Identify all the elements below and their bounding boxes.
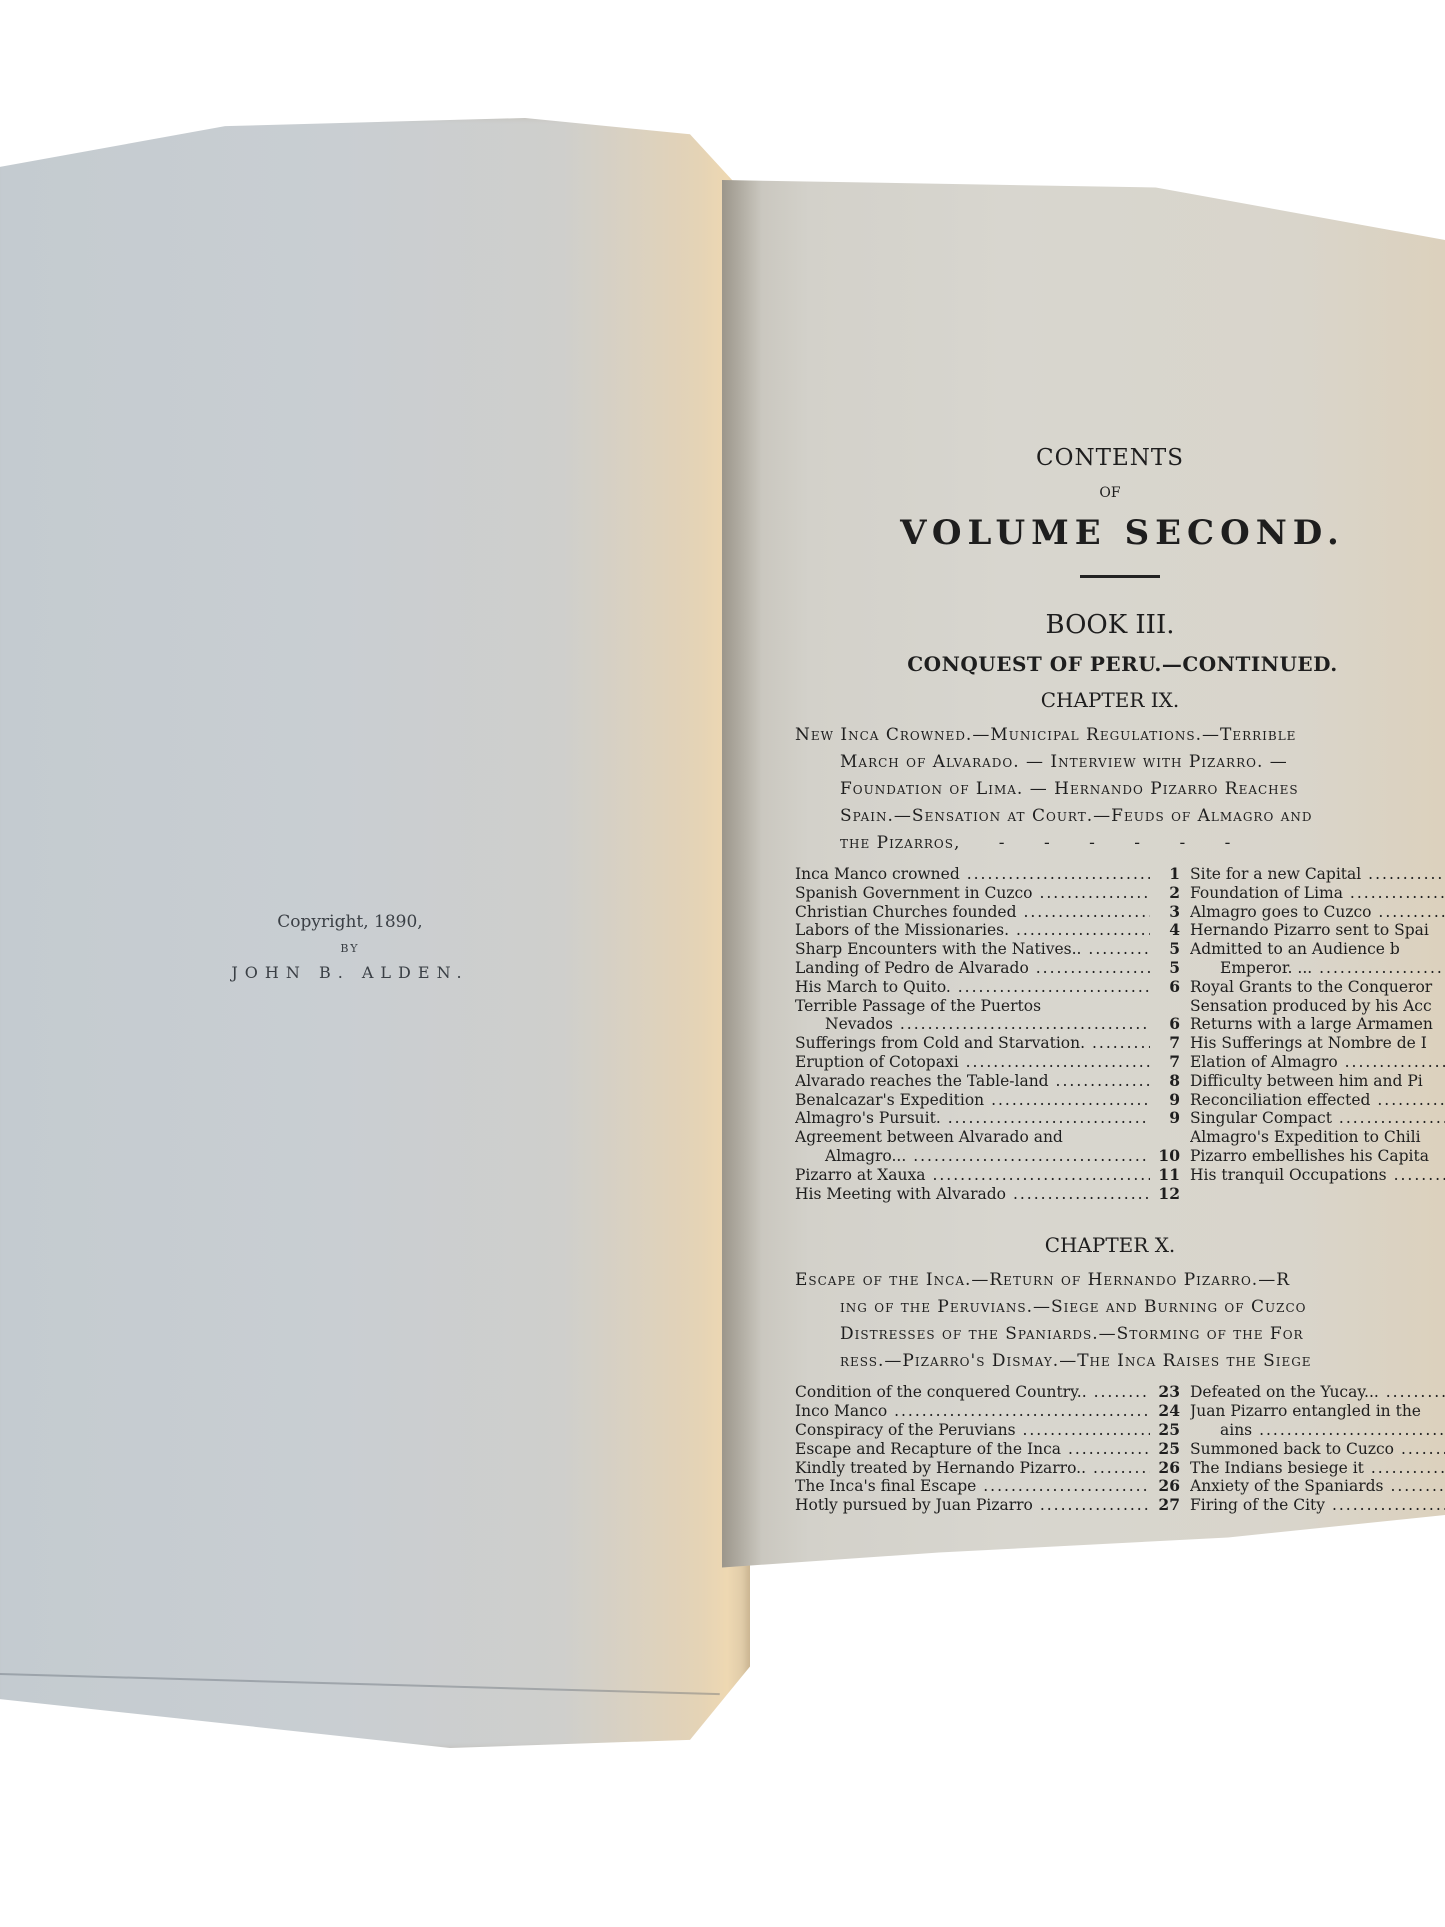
chapter-summary: Escape of the Inca.—Return of Hernando P…: [795, 1267, 1445, 1375]
toc-entry: Pizarro at Xauxa11: [795, 1166, 1180, 1185]
toc-entry: Juan Pizarro entangled in the: [1190, 1402, 1445, 1421]
title-rule-divider: [1080, 575, 1160, 578]
toc-entry: Sufferings from Cold and Starvation.7: [795, 1034, 1180, 1053]
toc-entry: Kindly treated by Hernando Pizarro..26: [795, 1459, 1180, 1478]
toc-entry: Foundation of Lima: [1190, 884, 1445, 903]
toc-entry: Spanish Government in Cuzco2: [795, 884, 1180, 903]
toc-entry: Inco Manco24: [795, 1402, 1180, 1421]
toc-entry: Summoned back to Cuzco: [1190, 1440, 1445, 1459]
summary-line: New Inca Crowned.—Municipal Regulations.…: [795, 722, 1445, 749]
chapter-summary: New Inca Crowned.—Municipal Regulations.…: [795, 722, 1445, 857]
summary-line: the Pizarros, - - - - - -: [795, 830, 1445, 857]
toc-entry: The Indians besiege it: [1190, 1459, 1445, 1478]
toc-entry: Landing of Pedro de Alvarado5: [795, 959, 1180, 978]
toc-entry: Condition of the conquered Country..23: [795, 1383, 1180, 1402]
summary-line: March of Alvarado. — Interview with Piza…: [795, 749, 1445, 776]
toc-header: CONTENTS OF VOLUME SECOND. BOOK III. CON…: [795, 445, 1385, 676]
toc-entry: ains: [1190, 1421, 1445, 1440]
toc-entry: Sensation produced by his Acc: [1190, 997, 1445, 1016]
toc-entry: Emperor. ...: [1190, 959, 1445, 978]
chapter-title: CHAPTER X.: [835, 1233, 1385, 1257]
table-of-contents: CONTENTS OF VOLUME SECOND. BOOK III. CON…: [795, 445, 1445, 1515]
toc-entry: Alvarado reaches the Table-land8: [795, 1072, 1180, 1091]
toc-entry: Hernando Pizarro sent to Spai: [1190, 921, 1445, 940]
summary-line: ing of the Peruvians.—Siege and Burning …: [795, 1294, 1445, 1321]
toc-entry: Site for a new Capital: [1190, 865, 1445, 884]
toc-entry: Defeated on the Yucay...: [1190, 1383, 1445, 1402]
page-edge-line: [0, 1673, 720, 1695]
publisher-name: JOHN B. ALDEN.: [205, 963, 495, 982]
toc-entry: Conspiracy of the Peruvians25: [795, 1421, 1180, 1440]
chapter-entries: Condition of the conquered Country..23 I…: [795, 1383, 1445, 1515]
copyright-line: Copyright, 1890,: [205, 912, 495, 932]
toc-entry: The Inca's final Escape26: [795, 1477, 1180, 1496]
summary-line: Spain.—Sensation at Court.—Feuds of Alma…: [795, 803, 1445, 830]
toc-entry: Escape and Recapture of the Inca25: [795, 1440, 1180, 1459]
toc-entry: Pizarro embellishes his Capita: [1190, 1147, 1445, 1166]
entries-right-column: Defeated on the Yucay... Juan Pizarro en…: [1180, 1383, 1445, 1515]
toc-entry: Royal Grants to the Conqueror: [1190, 978, 1445, 997]
summary-line: Foundation of Lima. — Hernando Pizarro R…: [795, 776, 1445, 803]
toc-entry: Sharp Encounters with the Natives..5: [795, 940, 1180, 959]
book-title: BOOK III.: [835, 610, 1385, 640]
entries-left-column: Condition of the conquered Country..23 I…: [795, 1383, 1180, 1515]
summary-line: ress.—Pizarro's Dismay.—The Inca Raises …: [795, 1348, 1445, 1375]
toc-entry: Benalcazar's Expedition9: [795, 1091, 1180, 1110]
summary-line: Escape of the Inca.—Return of Hernando P…: [795, 1267, 1445, 1294]
toc-entry: Almagro's Pursuit.9: [795, 1109, 1180, 1128]
toc-entry: Christian Churches founded3: [795, 903, 1180, 922]
toc-entry: Almagro goes to Cuzco: [1190, 903, 1445, 922]
toc-entry: Eruption of Cotopaxi7: [795, 1053, 1180, 1072]
toc-entry: His March to Quito.6: [795, 978, 1180, 997]
book-subtitle: CONQUEST OF PERU.—CONTINUED.: [860, 652, 1385, 676]
toc-entry: Elation of Almagro: [1190, 1053, 1445, 1072]
toc-entry: His Meeting with Alvarado12: [795, 1185, 1180, 1204]
toc-entry: Anxiety of the Spaniards: [1190, 1477, 1445, 1496]
toc-entry: Hotly pursued by Juan Pizarro27: [795, 1496, 1180, 1515]
chapter-title: CHAPTER IX.: [835, 688, 1385, 712]
toc-entry: Inca Manco crowned1: [795, 865, 1180, 884]
entries-left-column: Inca Manco crowned1 Spanish Government i…: [795, 865, 1180, 1203]
toc-entry: Almagro...10: [795, 1147, 1180, 1166]
gutter-shadow: [722, 180, 762, 1680]
toc-entry: Agreement between Alvarado and: [795, 1128, 1180, 1147]
toc-entry: Reconciliation effected: [1190, 1091, 1445, 1110]
toc-entry: Admitted to an Audience b: [1190, 940, 1445, 959]
toc-entry: Nevados6: [795, 1015, 1180, 1034]
summary-line: Distresses of the Spaniards.—Storming of…: [795, 1321, 1445, 1348]
chapter-ix: CHAPTER IX. New Inca Crowned.—Municipal …: [795, 688, 1445, 1203]
toc-entry: Singular Compact: [1190, 1109, 1445, 1128]
entries-right-column: Site for a new Capital Foundation of Lim…: [1180, 865, 1445, 1203]
toc-entry: His Sufferings at Nombre de I: [1190, 1034, 1445, 1053]
by-line: BY: [205, 942, 495, 955]
toc-entry: Almagro's Expedition to Chili: [1190, 1128, 1445, 1147]
contents-label: CONTENTS: [835, 445, 1385, 471]
toc-entry: Returns with a large Armamen: [1190, 1015, 1445, 1034]
toc-entry: Terrible Passage of the Puertos: [795, 997, 1180, 1016]
toc-entry: Difficulty between him and Pi: [1190, 1072, 1445, 1091]
toc-entry: Labors of the Missionaries.4: [795, 921, 1180, 940]
toc-entry: His tranquil Occupations: [1190, 1166, 1445, 1185]
chapter-entries: Inca Manco crowned1 Spanish Government i…: [795, 865, 1445, 1203]
toc-entry: Firing of the City: [1190, 1496, 1445, 1515]
copyright-notice: Copyright, 1890, BY JOHN B. ALDEN.: [205, 912, 495, 982]
chapter-x: CHAPTER X. Escape of the Inca.—Return of…: [795, 1233, 1445, 1515]
volume-title: VOLUME SECOND.: [860, 513, 1385, 553]
of-label: OF: [835, 485, 1385, 501]
